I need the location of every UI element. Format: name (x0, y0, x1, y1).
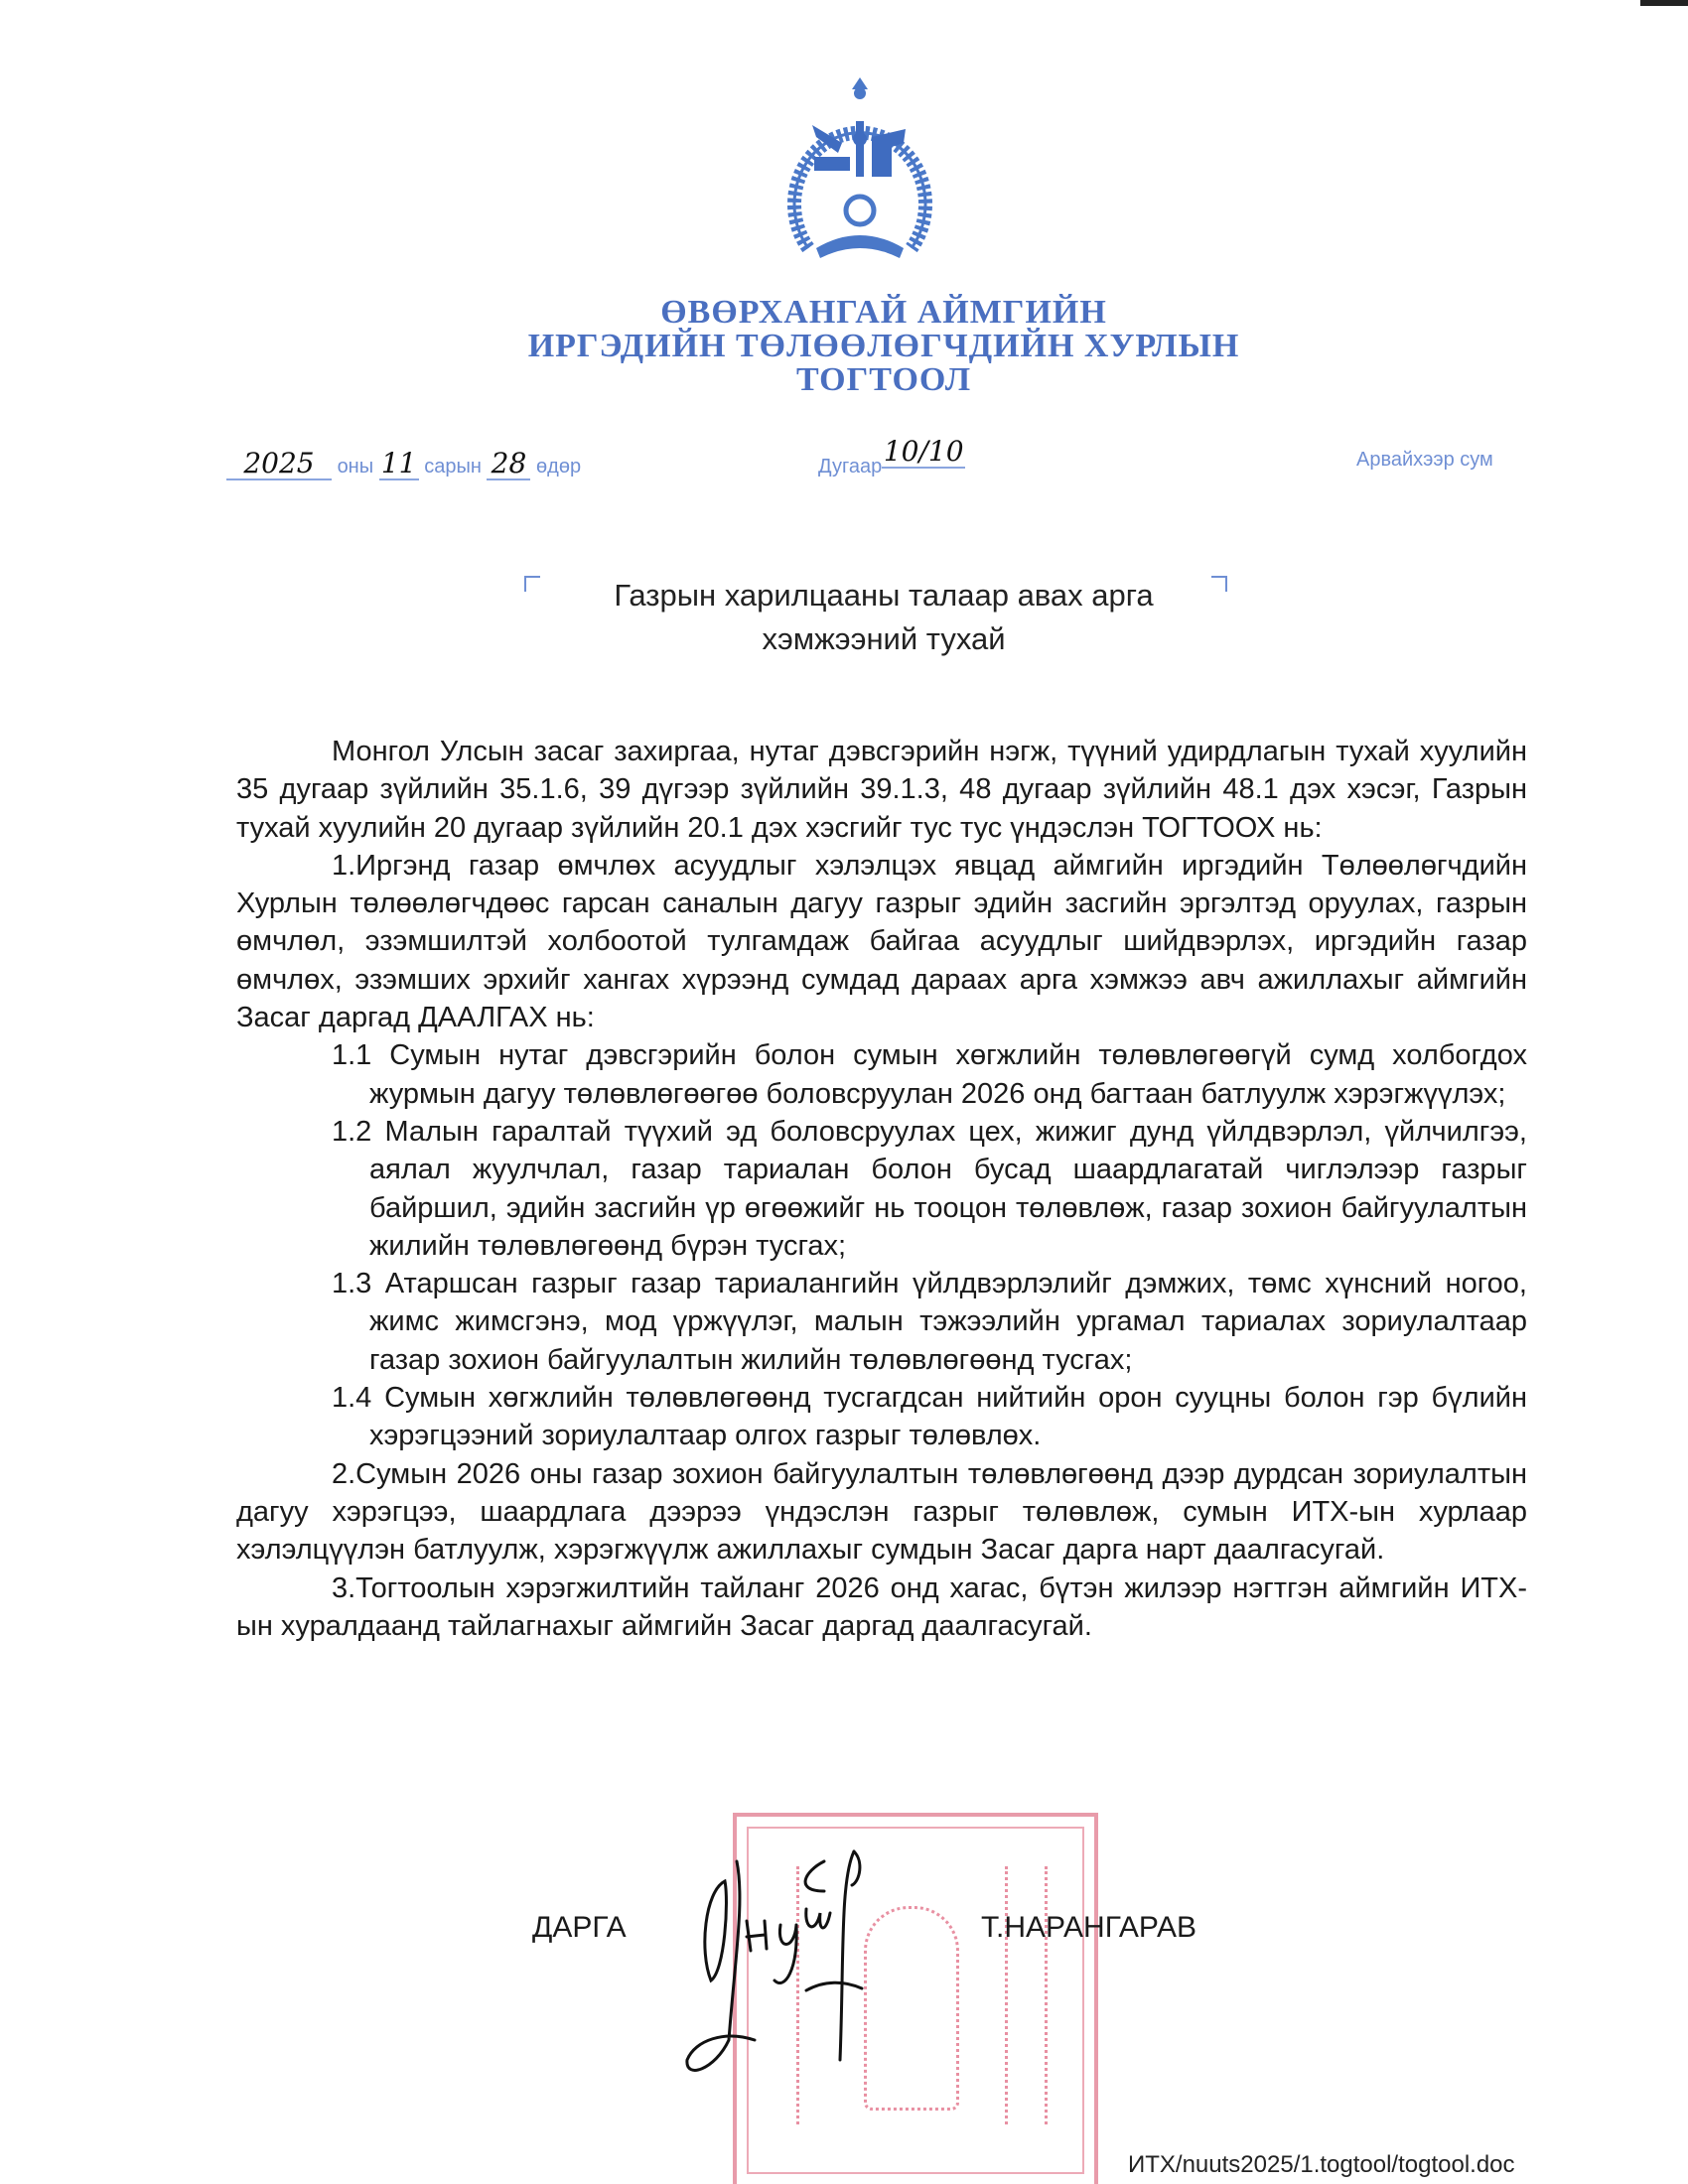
date-year-suffix: оны (338, 456, 374, 478)
date-day: 28 (487, 449, 530, 480)
clause-1-subclauses: 1.1 Сумын нутаг дэвсгэрийн болон сумын х… (236, 1036, 1527, 1454)
clause-2: 2.Сумын 2026 оны газар зохион байгуулалт… (236, 1455, 1527, 1570)
subclause-1-3: 1.3 Атаршсан газрыг газар тариалангийн ү… (332, 1265, 1527, 1379)
subject-line2: хэмжээний тухай (536, 617, 1231, 661)
location: Арвайхээр сум (1356, 449, 1493, 472)
date-day-suffix: өдөр (536, 456, 581, 478)
date-month: 11 (379, 449, 419, 480)
number-value: 10/10 (882, 437, 965, 469)
clause-3: 3.Тогтоолын хэрэгжилтийн тайланг 2026 он… (236, 1570, 1527, 1646)
handwritten-signature (685, 1842, 943, 2080)
stamp-script-right-1 (1005, 1866, 1022, 2124)
document-type-title: ТОГТООЛ (0, 361, 1688, 399)
clause-1: 1.Иргэнд газар өмчлөх асуудлыг хэлэлцэх … (236, 847, 1527, 1036)
council-name-line2: ИРГЭДИЙН ТӨЛӨӨЛӨГЧДИЙН ХУРЛЫН (0, 328, 1688, 365)
subject-line1: Газрын харилцааны талаар авах арга (536, 574, 1231, 617)
document-file-path: ИТХ/nuuts2025/1.togtool/togtool.doc (1128, 2151, 1515, 2179)
subclause-1-2: 1.2 Малын гаралтай түүхий эд боловсруула… (332, 1113, 1527, 1265)
signatory-name: Т.НАРАНГАРАВ (981, 1911, 1196, 1945)
resolution-subject: Газрын харилцааны талаар авах арга хэмжэ… (536, 574, 1231, 661)
signatory-title: ДАРГА (532, 1911, 627, 1945)
date-year: 2025 (226, 449, 332, 480)
stamp-script-right-2 (1045, 1866, 1061, 2124)
subclause-1-4: 1.4 Сумын хөгжлийн төлөвлөгөөнд тусгагдс… (332, 1379, 1527, 1455)
state-emblem-icon (780, 73, 939, 268)
council-name-line1: ӨВӨРХАНГАЙ АЙМГИЙН (0, 294, 1688, 332)
number-label: Дугаар (818, 456, 882, 478)
scan-edge-mark (1640, 0, 1688, 6)
date-month-suffix: сарын (424, 456, 482, 478)
resolution-body: Монгол Улсын засаг захиргаа, нутаг дэвсг… (236, 733, 1527, 1645)
preamble: Монгол Улсын засаг захиргаа, нутаг дэвсг… (236, 733, 1527, 847)
subclause-1-1: 1.1 Сумын нутаг дэвсгэрийн болон сумын х… (332, 1036, 1527, 1113)
resolution-number: Дугаар10/10 (818, 449, 965, 480)
resolution-date: 2025 оны 11 сарын 28 өдөр (226, 449, 581, 480)
